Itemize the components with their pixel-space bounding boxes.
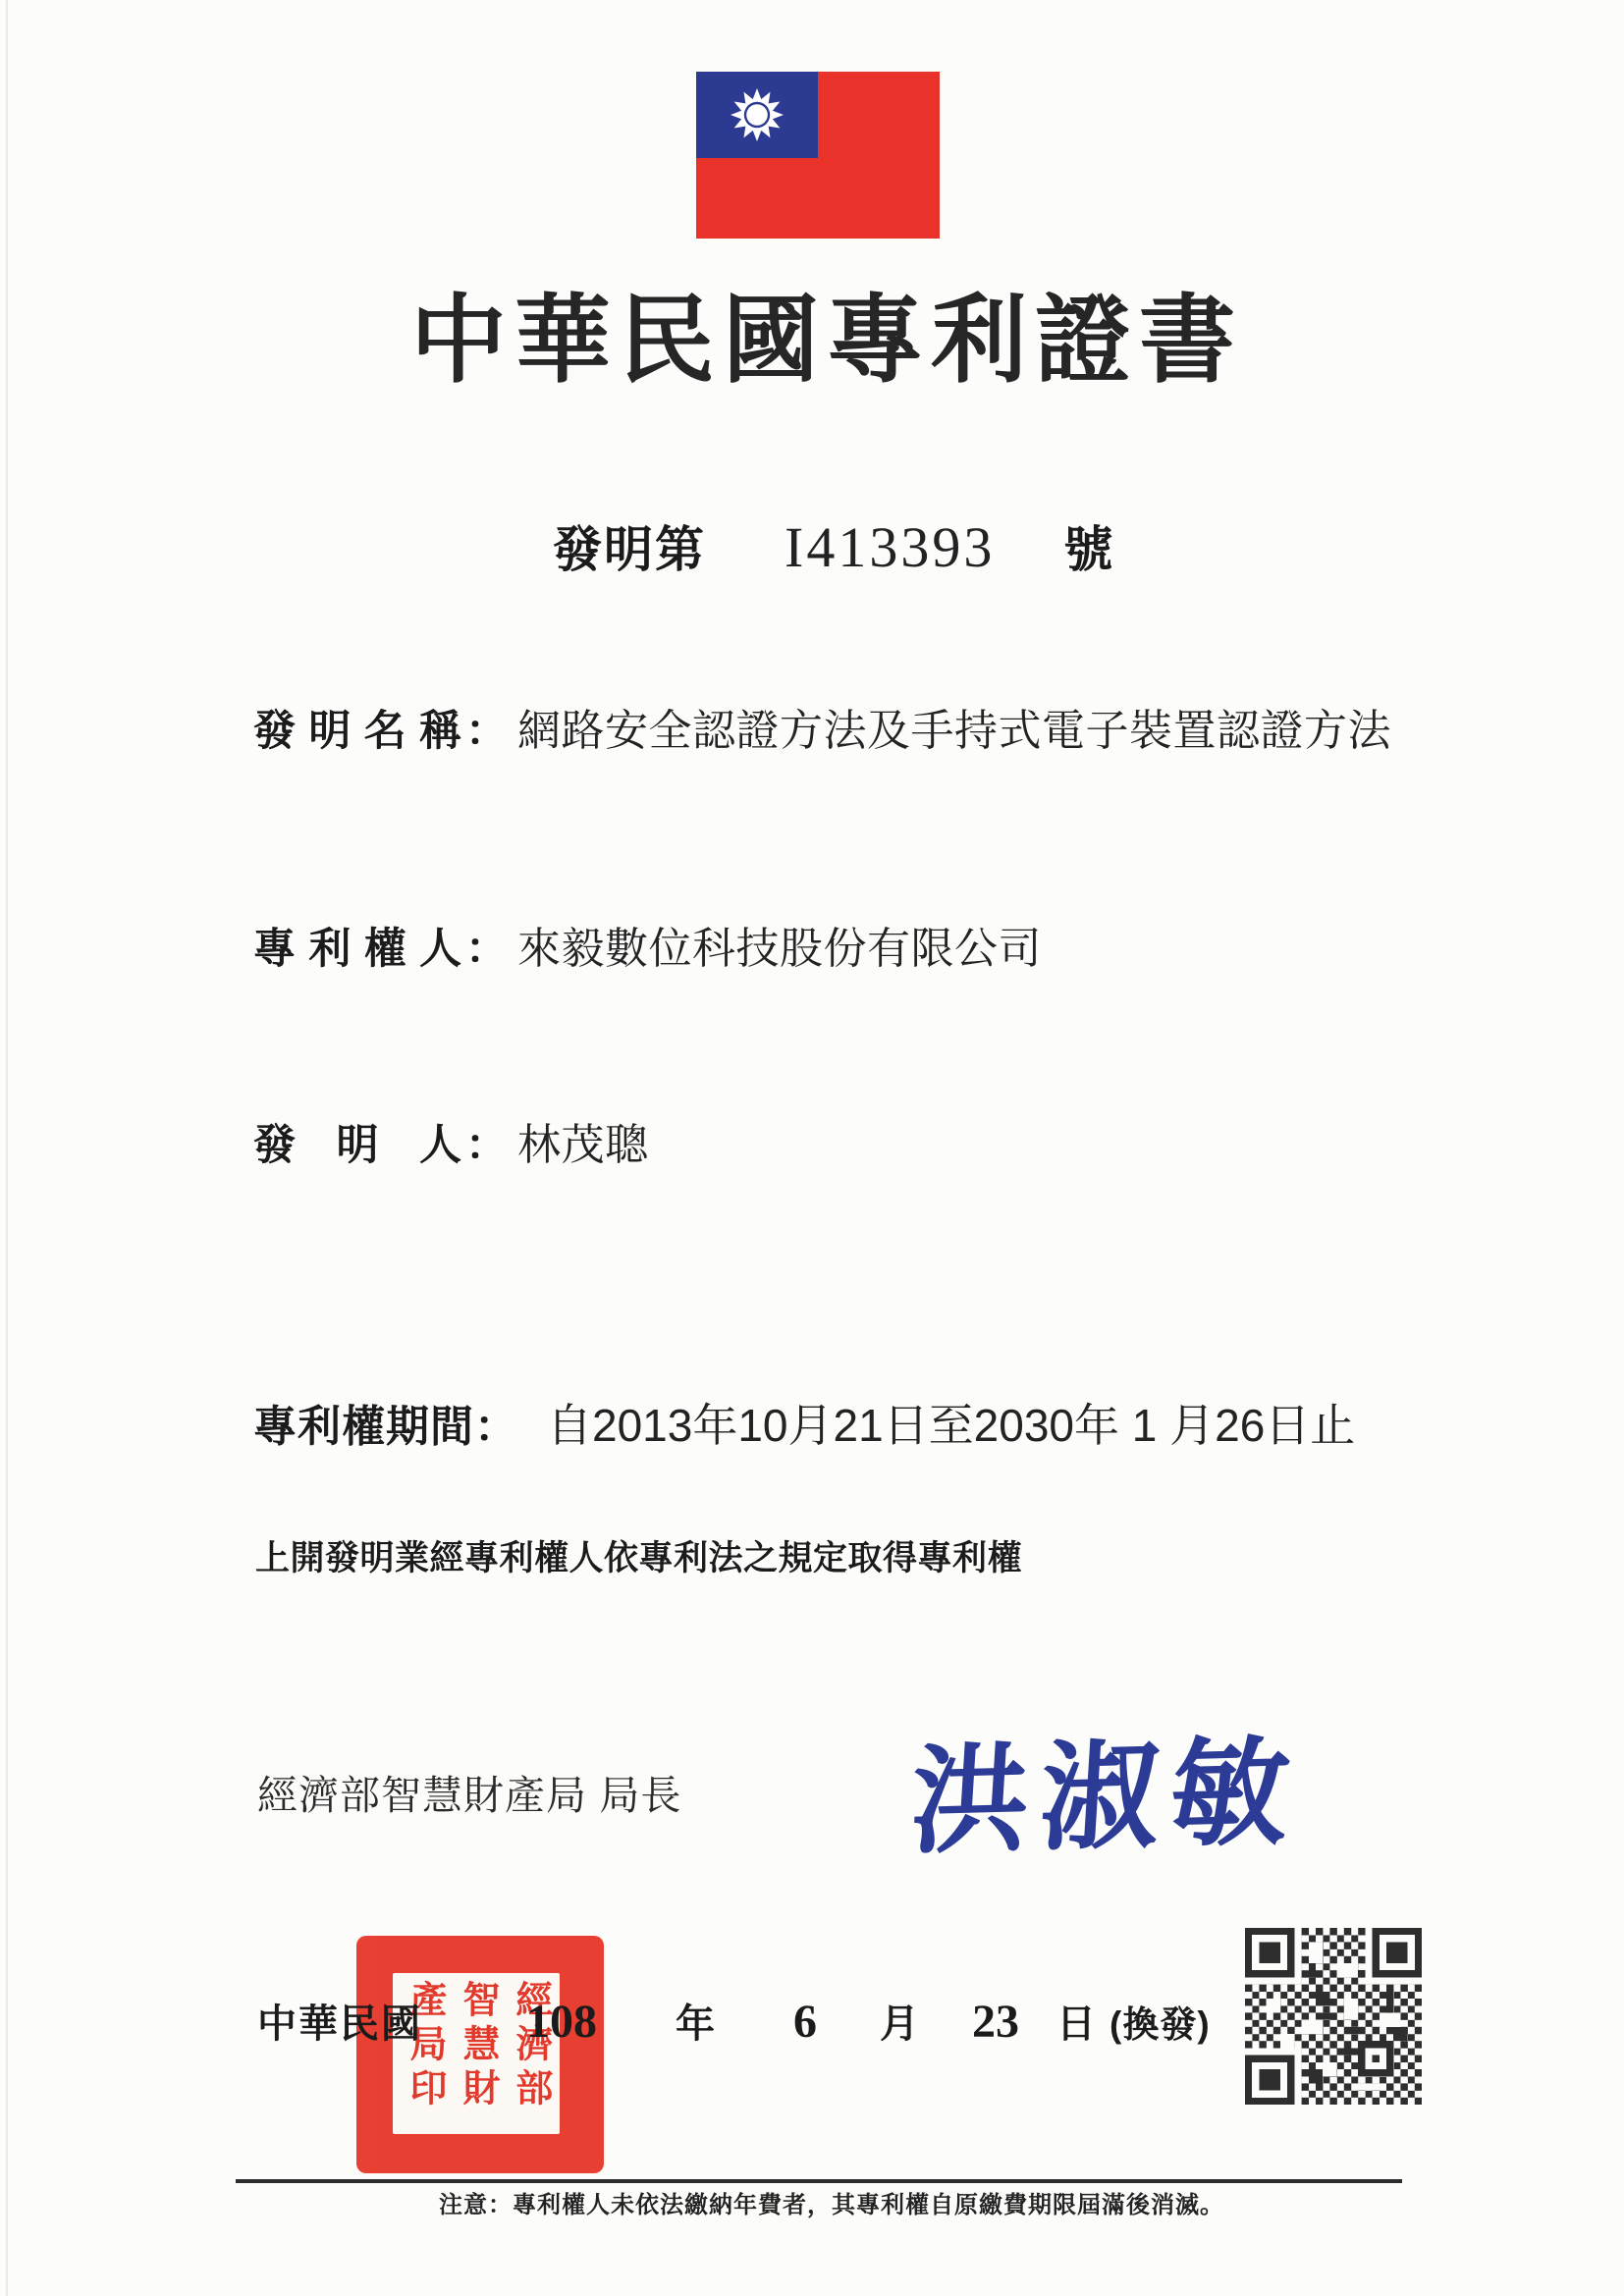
certificate-title: 中華民國專利證書 xyxy=(15,291,1624,395)
invention-name-value: 網路安全認證方法及手持式電子裝置認證方法 xyxy=(517,695,1391,758)
footer-divider xyxy=(236,2179,1402,2183)
patent-number-suffix: 號 xyxy=(1063,510,1114,581)
patent-number-line: 發明第 I413393 號 xyxy=(553,510,1114,581)
qr-finder-top-left xyxy=(1245,1928,1302,1985)
patent-number: I413393 xyxy=(785,514,995,580)
colon-separator: ： xyxy=(474,1391,517,1454)
issuing-office-title: 經濟部智慧財產局 局長 xyxy=(257,1763,681,1821)
qr-code-image xyxy=(1245,1928,1422,2105)
issue-month: 6 xyxy=(793,1995,817,2049)
year-unit: 年 xyxy=(676,1993,715,2049)
issue-year: 108 xyxy=(526,1995,597,2049)
patent-type-label: 發明第 xyxy=(553,510,706,581)
scan-edge-line xyxy=(6,0,8,2296)
patentee-label: 專利權人 xyxy=(253,916,461,976)
era-label: 中華民國 xyxy=(257,1993,422,2049)
patentee-value: 來毅數位科技股份有限公司 xyxy=(517,913,1042,976)
director-signature: 洪淑敏 xyxy=(907,1735,1304,1862)
qr-code xyxy=(1245,1928,1422,2105)
field-inventor: 發明人 ： 林茂聰 xyxy=(253,1109,649,1172)
qr-alignment-pattern xyxy=(1358,2041,1393,2076)
footer-note: 注意：專利權人未依法繳納年費者，其專利權自原繳費期限屆滿後消滅。 xyxy=(20,2185,1624,2219)
official-seal: 經濟部智慧財產局印 xyxy=(356,1936,604,2173)
issue-date-line: 中華民國 108 年 6 月 23 日 (換發) xyxy=(257,1993,1211,2049)
day-unit: 日 xyxy=(1056,1993,1096,2049)
reissue-note: (換發) xyxy=(1110,1995,1211,2048)
inventor-label: 發明人 xyxy=(253,1112,461,1172)
colon-separator: ： xyxy=(465,916,508,976)
field-patent-term: 專利權期間 ： 自2013年10月21日至2030年 1 月26日止 xyxy=(253,1390,1355,1455)
qr-finder-top-right xyxy=(1365,1928,1422,1985)
patent-certificate-page: 中華民國專利證書 發明第 I413393 號 發明名稱 ： 網路安全認證方法及手… xyxy=(0,0,1624,2296)
colon-separator: ： xyxy=(465,698,508,758)
roc-flag-image xyxy=(696,72,940,239)
roc-flag xyxy=(696,72,940,239)
colon-separator: ： xyxy=(465,1112,508,1172)
month-unit: 月 xyxy=(880,1993,919,2049)
qr-finder-bottom-left xyxy=(1245,2048,1302,2105)
field-invention-name: 發明名稱 ： 網路安全認證方法及手持式電子裝置認證方法 xyxy=(253,695,1391,758)
inventor-value: 林茂聰 xyxy=(517,1109,649,1172)
patent-term-value: 自2013年10月21日至2030年 1 月26日止 xyxy=(547,1390,1355,1455)
invention-name-label: 發明名稱 xyxy=(253,698,461,758)
patent-term-label: 專利權期間 xyxy=(253,1391,474,1454)
field-patentee: 專利權人 ： 來毅數位科技股份有限公司 xyxy=(253,913,1042,976)
issue-day: 23 xyxy=(972,1995,1019,2049)
legal-statement: 上開發明業經專利權人依專利法之規定取得專利權 xyxy=(255,1531,1022,1580)
